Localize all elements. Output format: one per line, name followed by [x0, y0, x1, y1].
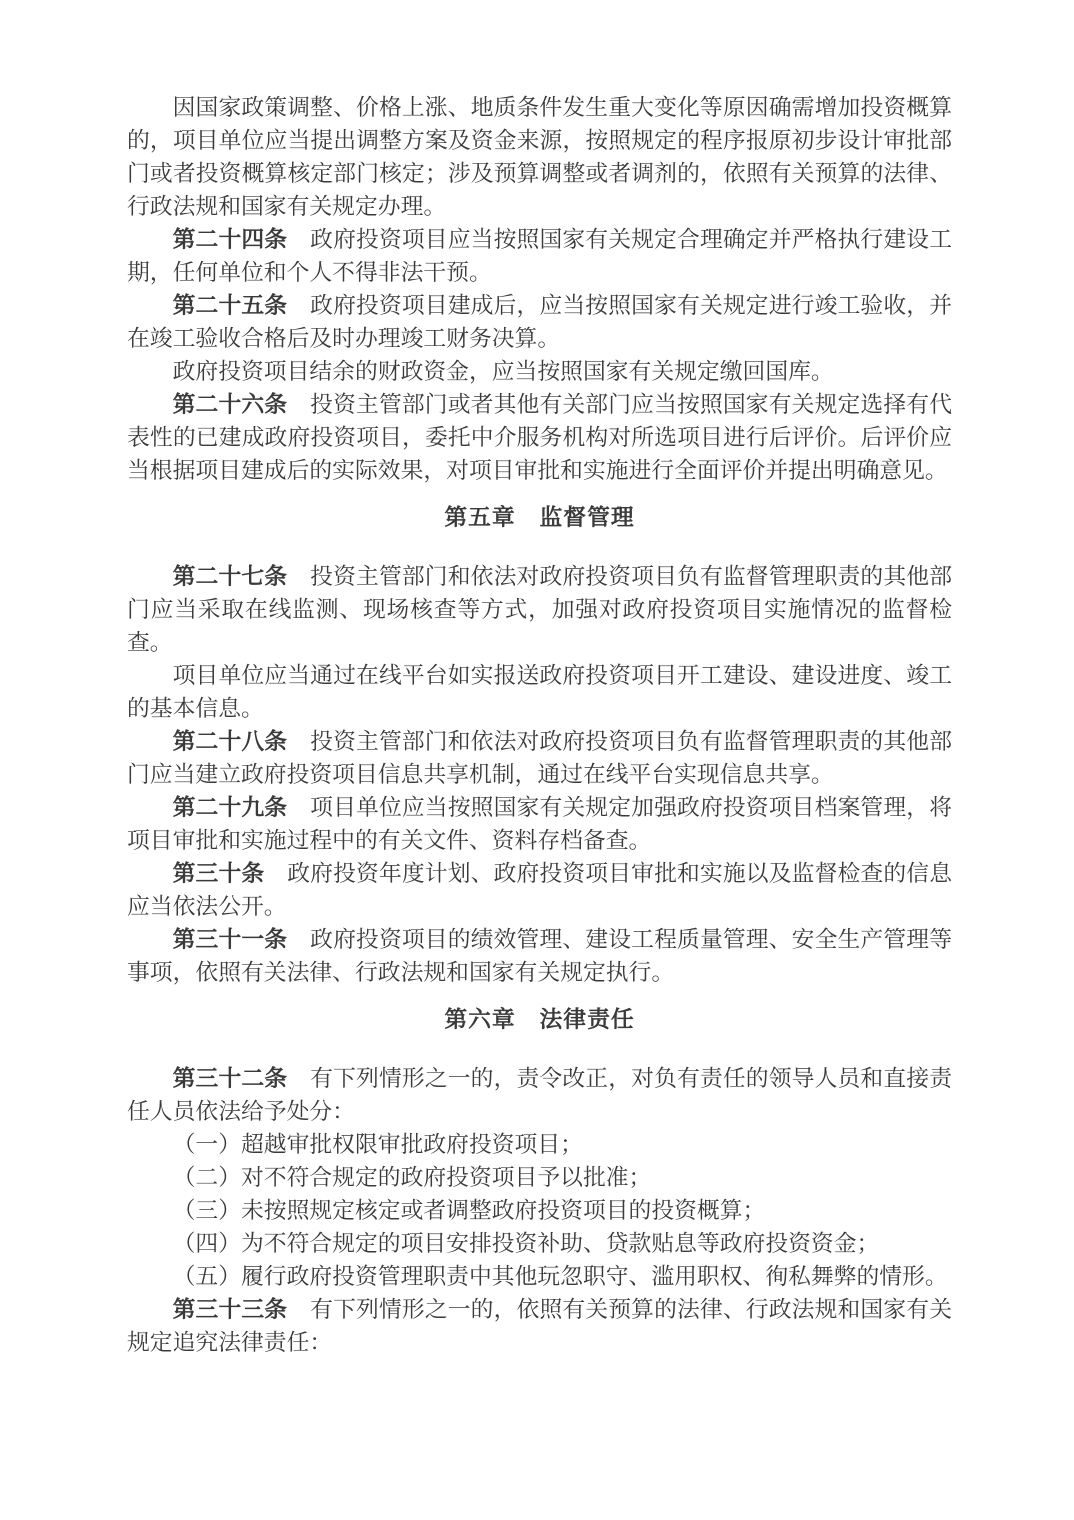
chapter-heading: 第六章 法律责任	[127, 1004, 952, 1037]
paragraph: （三）未按照规定核定或者调整政府投资项目的投资概算；	[127, 1195, 952, 1228]
paragraph: （一）超越审批权限审批政府投资项目；	[127, 1129, 952, 1162]
paragraph: 第三十条 政府投资年度计划、政府投资项目审批和实施以及监督检查的信息应当依法公开…	[127, 858, 952, 924]
chapter-separator	[516, 505, 540, 531]
article-number-label: 第三十二条	[173, 1066, 311, 1092]
paragraph: 第三十三条 有下列情形之一的，依照有关预算的法律、行政法规和国家有关规定追究法律…	[127, 1294, 952, 1360]
paragraph: 因国家政策调整、价格上涨、地质条件发生重大变化等原因确需增加投资概算的，项目单位…	[127, 92, 952, 224]
paragraph-text: （三）未按照规定核定或者调整政府投资项目的投资概算；	[173, 1198, 766, 1224]
chapter-separator	[516, 1007, 540, 1033]
paragraph-text: 因国家政策调整、价格上涨、地质条件发生重大变化等原因确需增加投资概算的，项目单位…	[127, 95, 952, 220]
paragraph-text: 项目单位应当通过在线平台如实报送政府投资项目开工建设、建设进度、竣工的基本信息。	[127, 663, 952, 722]
chapter-title: 法律责任	[540, 1007, 635, 1033]
document-content: 因国家政策调整、价格上涨、地质条件发生重大变化等原因确需增加投资概算的，项目单位…	[127, 92, 952, 1360]
chapter-heading: 第五章 监督管理	[127, 502, 952, 535]
article-number-label: 第二十四条	[173, 227, 311, 253]
paragraph: 第二十六条 投资主管部门或者其他有关部门应当按照国家有关规定选择有代表性的已建成…	[127, 389, 952, 488]
article-number-label: 第二十七条	[173, 564, 311, 590]
article-number-label: 第三十三条	[173, 1297, 311, 1323]
paragraph: 第二十七条 投资主管部门和依法对政府投资项目负有监督管理职责的其他部门应当采取在…	[127, 561, 952, 660]
paragraph: 第二十九条 项目单位应当按照国家有关规定加强政府投资项目档案管理，将项目审批和实…	[127, 792, 952, 858]
paragraph: （五）履行政府投资管理职责中其他玩忽职守、滥用职权、徇私舞弊的情形。	[127, 1261, 952, 1294]
document-page: 因国家政策调整、价格上涨、地质条件发生重大变化等原因确需增加投资概算的，项目单位…	[0, 0, 1074, 1520]
paragraph: 第三十一条 政府投资项目的绩效管理、建设工程质量管理、安全生产管理等事项，依照有…	[127, 924, 952, 990]
paragraph: 第二十五条 政府投资项目建成后，应当按照国家有关规定进行竣工验收，并在竣工验收合…	[127, 290, 952, 356]
chapter-title: 监督管理	[540, 505, 635, 531]
article-number-label: 第三十条	[173, 861, 288, 887]
paragraph-text: （四）为不符合规定的项目安排投资补助、贷款贴息等政府投资资金；	[173, 1231, 880, 1257]
article-number-label: 第三十一条	[173, 927, 311, 953]
paragraph: 第二十四条 政府投资项目应当按照国家有关规定合理确定并严格执行建设工期，任何单位…	[127, 224, 952, 290]
paragraph: 第二十八条 投资主管部门和依法对政府投资项目负有监督管理职责的其他部门应当建立政…	[127, 726, 952, 792]
article-number-label: 第二十九条	[173, 795, 311, 821]
paragraph: （二）对不符合规定的政府投资项目予以批准；	[127, 1162, 952, 1195]
chapter-number: 第六章	[444, 1007, 515, 1033]
article-number-label: 第二十六条	[173, 392, 311, 418]
paragraph: 第三十二条 有下列情形之一的，责令改正，对负有责任的领导人员和直接责任人员依法给…	[127, 1063, 952, 1129]
paragraph: 项目单位应当通过在线平台如实报送政府投资项目开工建设、建设进度、竣工的基本信息。	[127, 660, 952, 726]
paragraph-text: （五）履行政府投资管理职责中其他玩忽职守、滥用职权、徇私舞弊的情形。	[173, 1264, 948, 1290]
chapter-number: 第五章	[444, 505, 515, 531]
paragraph-text: （二）对不符合规定的政府投资项目予以批准；	[173, 1165, 652, 1191]
article-number-label: 第二十五条	[173, 293, 311, 319]
paragraph-text: 政府投资项目结余的财政资金，应当按照国家有关规定缴回国库。	[173, 359, 834, 385]
paragraph: （四）为不符合规定的项目安排投资补助、贷款贴息等政府投资资金；	[127, 1228, 952, 1261]
paragraph-text: （一）超越审批权限审批政府投资项目；	[173, 1132, 583, 1158]
paragraph: 政府投资项目结余的财政资金，应当按照国家有关规定缴回国库。	[127, 356, 952, 389]
article-number-label: 第二十八条	[173, 729, 311, 755]
